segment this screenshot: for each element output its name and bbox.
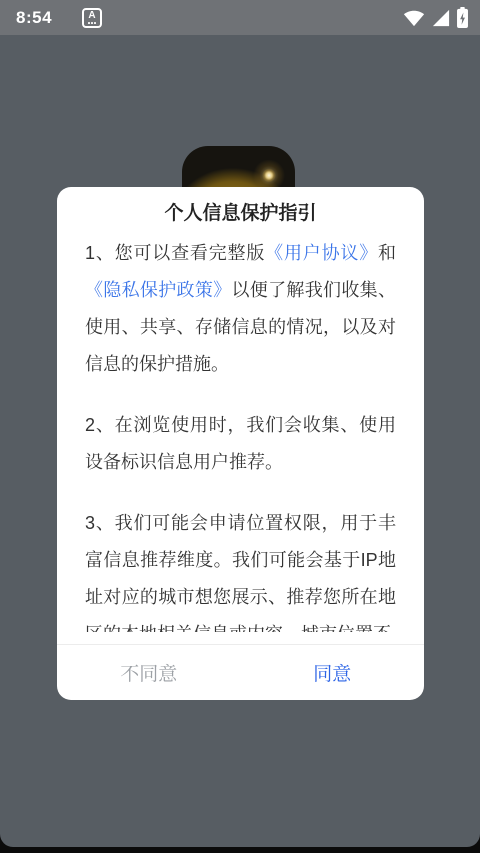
status-bar: 8:54 A xyxy=(0,0,480,35)
clock: 8:54 xyxy=(16,8,52,28)
cellular-signal-icon xyxy=(432,9,450,27)
agree-button[interactable]: 同意 xyxy=(241,645,425,700)
dialog-title: 个人信息保护指引 xyxy=(57,200,424,228)
paragraph-2: 2、在浏览使用时，我们会收集、使用设备标识信息用户推荐。 xyxy=(85,407,396,481)
privacy-policy-link[interactable]: 《隐私保护政策》 xyxy=(85,280,232,300)
dialog-footer: 不同意 同意 xyxy=(57,644,424,700)
privacy-dialog: 个人信息保护指引 1、您可以查看完整版《用户协议》和《隐私保护政策》以便了解我们… xyxy=(57,187,424,700)
wifi-icon xyxy=(403,9,425,27)
notification-letter: A xyxy=(88,11,95,21)
disagree-button[interactable]: 不同意 xyxy=(57,645,241,700)
paragraph-1-text: 1、您可以查看完整版 xyxy=(85,243,265,263)
paragraph-1: 1、您可以查看完整版《用户协议》和《隐私保护政策》以便了解我们收集、使用、共享、… xyxy=(85,235,396,383)
user-agreement-link[interactable]: 《用户协议》 xyxy=(265,243,378,263)
notification-dots xyxy=(91,22,93,24)
dialog-body: 1、您可以查看完整版《用户协议》和《隐私保护政策》以便了解我们收集、使用、共享、… xyxy=(85,235,396,632)
phone-screen: 8:54 A xyxy=(0,0,480,847)
paragraph-1-text: 和 xyxy=(378,243,396,263)
paragraph-3: 3、我们可能会申请位置权限，用于丰富信息推荐维度。我们可能会基于IP地址对应的城… xyxy=(85,505,396,632)
status-icons xyxy=(403,7,468,28)
battery-charging-icon xyxy=(457,7,468,28)
notification-app-icon: A xyxy=(82,8,102,28)
